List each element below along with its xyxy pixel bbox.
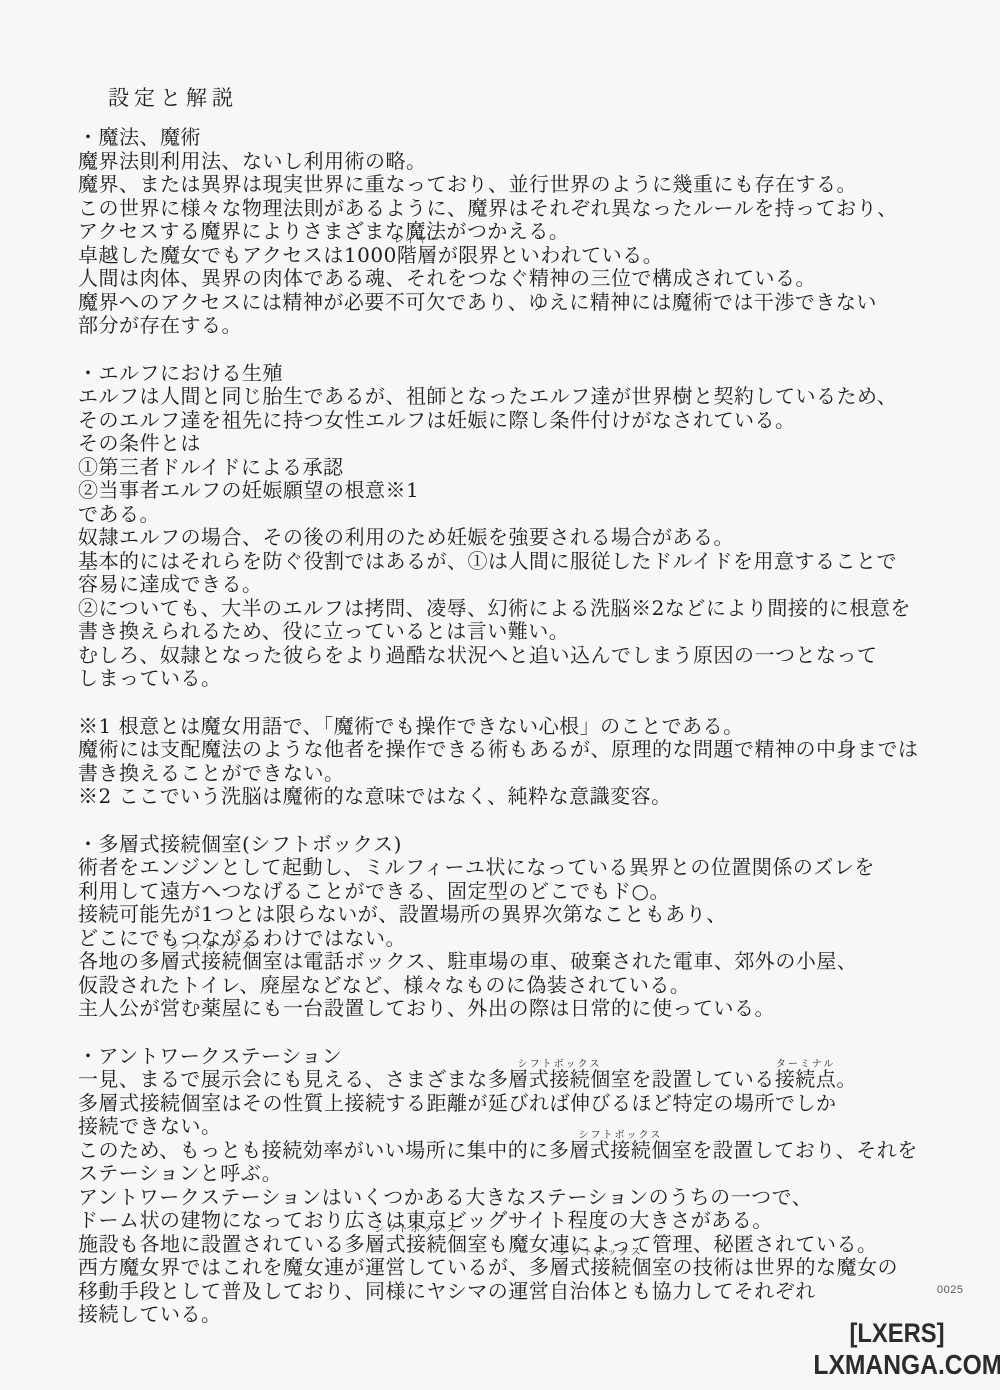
- text-line: 魔界、または異界は現実世界に重なっており、並行世界のように幾重にも存在する。: [78, 173, 958, 197]
- text-line: 西方魔女界ではこれを魔女連が運営しているが、多層式接続個室シフトボックスの技術は…: [78, 1256, 958, 1280]
- scanned-document-page: 設定と解説 ・魔法、魔術魔界法則利用法、ないし利用術の略。魔界、または異界は現実…: [0, 0, 1000, 1390]
- ruby-base: 多層式接続個室シフトボックス: [345, 1233, 489, 1257]
- text-line: 書き換えることができない。: [78, 762, 958, 786]
- section-heading: ・多層式接続個室(シフトボックス): [78, 833, 958, 857]
- text-line: 魔界法則利用法、ないし利用術の略。: [78, 150, 958, 174]
- watermark: [LXERS] LXMANGA.COM: [813, 1318, 980, 1380]
- text-line: むしろ、奴隷となった彼らをより過酷な状況へと追い込んでしまう原因の一つとなって: [78, 644, 958, 668]
- text-line: 利用して遠方へつなげることができる、固定型のどこでもド○。: [78, 880, 958, 904]
- text-line: ①第三者ドルイドによる承認: [78, 456, 958, 480]
- text-line: 魔界へのアクセスには精神が必要不可欠であり、ゆえに精神には魔術では干渉できない: [78, 291, 958, 315]
- text-line: そのエルフ達を祖先に持つ女性エルフは妊娠に際し条件付けがなされている。: [78, 409, 958, 433]
- text-line: 接続可能先が1つとは限らないが、設置場所の異界次第なこともあり、: [78, 903, 958, 927]
- ruby-base: 階層レイヤー: [397, 244, 438, 268]
- text-line: 部分が存在する。: [78, 314, 958, 338]
- text-line: アクセスする魔界によりさまざまな魔法がつかえる。: [78, 220, 958, 244]
- text-line: この世界に様々な物理法則があるように、魔界はそれぞれ異なったルールを持っており、: [78, 197, 958, 221]
- ruby-text: シフトボックス: [169, 942, 253, 952]
- ruby-text: シフトボックス: [559, 1248, 643, 1258]
- text-line: である。: [78, 503, 958, 527]
- section-heading: ・エルフにおける生殖: [78, 362, 958, 386]
- text-line: エルフは人間と同じ胎生であるが、祖師となったエルフ達が世界樹と契約しているため、: [78, 385, 958, 409]
- text-section: ・アントワークステーション一見、まるで展示会にも見える、さまざまな多層式接続個室…: [78, 1045, 958, 1327]
- watermark-site-name: LXMANGA.COM: [813, 1349, 980, 1380]
- ruby-text: シフトボックス: [579, 1131, 663, 1141]
- text-line: ※1 根意とは魔女用語で、「魔術でも操作できない心根」のことである。: [78, 715, 958, 739]
- ruby-text: シフトボックス: [518, 1060, 602, 1070]
- ruby-base: 多層式接続個室シフトボックス: [529, 1256, 673, 1280]
- text-line: 人間は肉体、異界の肉体である魂、それをつなぐ精神の三位で構成されている。: [78, 267, 958, 291]
- text-line: 接続できない。: [78, 1115, 958, 1139]
- text-section: ・エルフにおける生殖エルフは人間と同じ胎生であるが、祖師となったエルフ達が世界樹…: [78, 362, 958, 691]
- watermark-group-name: [LXERS]: [813, 1318, 980, 1348]
- text-line: 書き換えられるため、役に立っているとは言い難い。: [78, 620, 958, 644]
- text-line: 各地の多層式接続個室シフトボックスは電話ボックス、駐車場の車、破棄された電車、郊…: [78, 950, 958, 974]
- text-line: 施設も各地に設置されている多層式接続個室シフトボックスも魔女連によって管理、秘匿…: [78, 1233, 958, 1257]
- text-line: このため、もっとも接続効率がいい場所に集中的に多層式接続個室シフトボックスを設置…: [78, 1139, 958, 1163]
- ruby-base: 多層式接続個室シフトボックス: [549, 1139, 693, 1163]
- text-line: 卓越した魔女でもアクセスは1000階層レイヤーが限界といわれている。: [78, 244, 958, 268]
- text-line: 主人公が営む薬屋にも一台設置しており、外出の際は日常的に使っている。: [78, 997, 958, 1021]
- text-line: ②当事者エルフの妊娠願望の根意※1: [78, 479, 958, 503]
- page-title: 設定と解説: [108, 82, 238, 112]
- text-line: ドーム状の建物になっており広さは東京ビッグサイト程度の大きさがある。: [78, 1209, 958, 1233]
- text-line: 移動手段として普及しており、同様にヤシマの運営自治体とも協力してそれぞれ: [78, 1280, 958, 1304]
- text-line: しまっている。: [78, 667, 958, 691]
- text-line: ステーションと呼ぶ。: [78, 1162, 958, 1186]
- text-section: ※1 根意とは魔女用語で、「魔術でも操作できない心根」のことである。魔術には支配…: [78, 715, 958, 809]
- text-line: アントワークステーションはいくつかある大きなステーションのうちの一つで、: [78, 1186, 958, 1210]
- text-line: ②についても、大半のエルフは拷問、凌辱、幻術による洗脳※2などにより間接的に根意…: [78, 597, 958, 621]
- text-line: 術者をエンジンとして起動し、ミルフィーユ状になっている異界との位置関係のズレを: [78, 856, 958, 880]
- text-body: ・魔法、魔術魔界法則利用法、ないし利用術の略。魔界、または異界は現実世界に重なっ…: [78, 126, 958, 1351]
- ruby-base: 接続点ターミナル: [775, 1068, 837, 1092]
- ruby-text: レイヤー: [394, 236, 442, 246]
- text-line: 基本的にはそれらを防ぐ役割ではあるが、①は人間に服従したドルイドを用意することで: [78, 550, 958, 574]
- ruby-text: シフトボックス: [374, 1225, 458, 1235]
- text-line: その条件とは: [78, 432, 958, 456]
- text-line: 多層式接続個室はその性質上接続する距離が延びれば伸びるほど特定の場所でしか: [78, 1092, 958, 1116]
- text-section: ・魔法、魔術魔界法則利用法、ないし利用術の略。魔界、または異界は現実世界に重なっ…: [78, 126, 958, 338]
- text-section: ・多層式接続個室(シフトボックス)術者をエンジンとして起動し、ミルフィーユ状にな…: [78, 833, 958, 1021]
- ruby-base: 多層式接続個室シフトボックス: [488, 1068, 632, 1092]
- section-heading: ・魔法、魔術: [78, 126, 958, 150]
- text-line: 魔術には支配魔法のような他者を操作できる術もあるが、原理的な問題で精神の中身まで…: [78, 738, 958, 762]
- text-line: 仮設されたトイレ、廃屋などなど、様々なものに偽装されている。: [78, 974, 958, 998]
- text-line: ※2 ここでいう洗脳は魔術的な意味ではなく、純粋な意識変容。: [78, 785, 958, 809]
- page-number: 0025: [937, 1284, 963, 1296]
- ruby-text: ターミナル: [776, 1060, 836, 1070]
- text-line: 一見、まるで展示会にも見える、さまざまな多層式接続個室シフトボックスを設置してい…: [78, 1068, 958, 1092]
- ruby-base: 多層式接続個室シフトボックス: [140, 950, 284, 974]
- text-line: 容易に達成できる。: [78, 573, 958, 597]
- text-line: 奴隷エルフの場合、その後の利用のため妊娠を強要される場合がある。: [78, 526, 958, 550]
